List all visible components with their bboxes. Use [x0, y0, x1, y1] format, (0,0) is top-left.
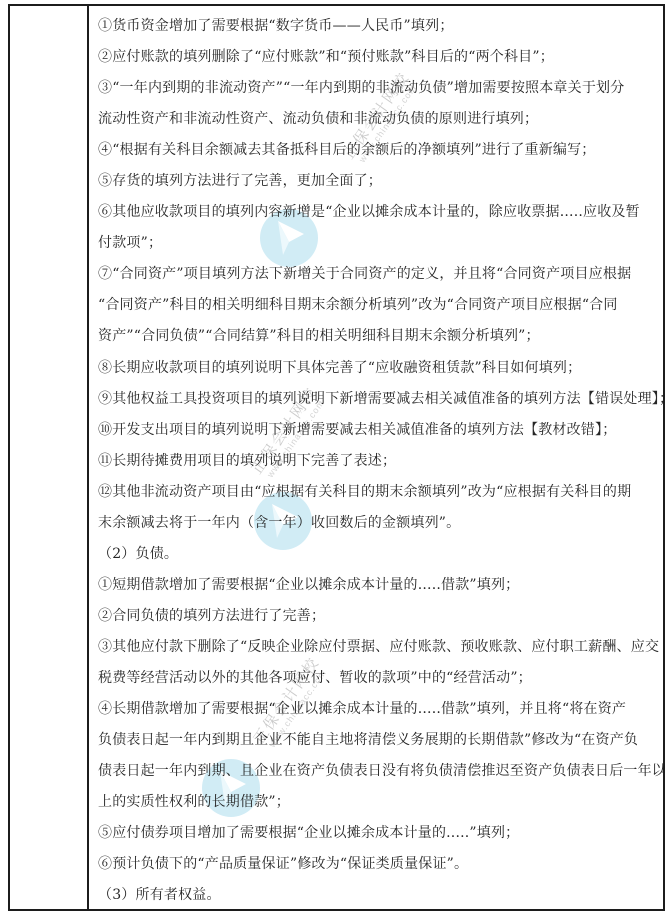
text-line: ⑥其他应收款项目的填列内容新增是“企业以摊余成本计量的，除应收票据.....应收… — [98, 197, 661, 228]
notes-table: ①货币资金增加了需要根据“数字货币——人民币”填列； ②应付账款的填列删除了“应… — [8, 4, 665, 911]
text-line: 税费等经营活动以外的其他各项应付、暂收的款项”中的“经营活动”； — [98, 663, 661, 694]
text-line: ⑩开发支出项目的填列说明下新增需要减去相关减值准备的填列方法【教材改错】； — [98, 415, 661, 446]
table-left-column — [10, 6, 89, 909]
text-line: ②合同负债的填列方法进行了完善； — [98, 601, 661, 632]
text-line: ②应付账款的填列删除了“应付账款”和“预付账款”科目后的“两个科目”； — [98, 42, 661, 73]
text-line: ⑦“合同资产”项目填列方法下新增关于合同资产的定义，并且将“合同资产项目应根据 — [98, 259, 661, 290]
text-line: ④长期借款增加了需要根据“企业以摊余成本计量的.....借款”填列，并且将“将在… — [98, 694, 661, 725]
text-line: 上的实质性权利的长期借款”； — [98, 787, 661, 818]
text-line: ⑨其他权益工具投资项目的填列说明下新增需要减去相关减值准备的填列方法【错误处理】… — [98, 384, 661, 415]
text-line: （3）所有者权益。 — [98, 880, 661, 909]
text-line: ⑪长期待摊费用项目的填列说明下完善了表述； — [98, 446, 661, 477]
text-line: 末余额减去将于一年内（含一年）收回数后的金额填列”。 — [98, 508, 661, 539]
text-line: “合同资产”科目的相关明细科目期末余额分析填列”改为“合同资产项目应根据“合同 — [98, 290, 661, 321]
text-line: ③“一年内到期的非流动资产”“一年内到期的非流动负债”增加需要按照本章关于划分 — [98, 73, 661, 104]
text-line: 流动性资产和非流动性资产、流动负债和非流动负债的原则进行填列； — [98, 104, 661, 135]
text-line: ①短期借款增加了需要根据“企业以摊余成本计量的.....借款”填列； — [98, 570, 661, 601]
text-line: ⑥预计负债下的“产品质量保证”修改为“保证类质量保证”。 — [98, 849, 661, 880]
document-page: 正保会计网校 www.chinaacc.com 正保会计网校 www.china… — [0, 0, 672, 919]
text-line: ⑫其他非流动资产项目由“应根据有关科目的期末余额填列”改为“应根据有关科目的期 — [98, 477, 661, 508]
text-line: ①货币资金增加了需要根据“数字货币——人民币”填列； — [98, 11, 661, 42]
table-content-cell: ①货币资金增加了需要根据“数字货币——人民币”填列； ②应付账款的填列删除了“应… — [89, 6, 663, 909]
text-line: ⑤应付债券项目增加了需要根据“企业以摊余成本计量的.....”填列； — [98, 818, 661, 849]
text-line: ⑤存货的填列方法进行了完善，更加全面了； — [98, 166, 661, 197]
text-line: ④“根据有关科目余额减去其备抵科目后的余额后的净额填列”进行了重新编写； — [98, 135, 661, 166]
text-line: 负债表日起一年内到期且企业不能自主地将清偿义务展期的长期借款”修改为“在资产负 — [98, 725, 661, 756]
text-line: ⑧长期应收款项目的填列说明下具体完善了“应收融资租赁款”科目如何填列； — [98, 353, 661, 384]
text-line: 资产”“合同负债”“合同结算”科目的相关明细科目期末余额分析填列”； — [98, 321, 661, 352]
text-line: （2）负债。 — [98, 539, 661, 570]
text-line: 债表日起一年内到期、且企业在资产负债表日没有将负债清偿推迟至资产负债表日后一年以 — [98, 756, 661, 787]
text-line: ③其他应付款下删除了“反映企业除应付票据、应付账款、预收账款、应付职工薪酬、应交 — [98, 632, 661, 663]
text-line: 付款项”； — [98, 228, 661, 259]
